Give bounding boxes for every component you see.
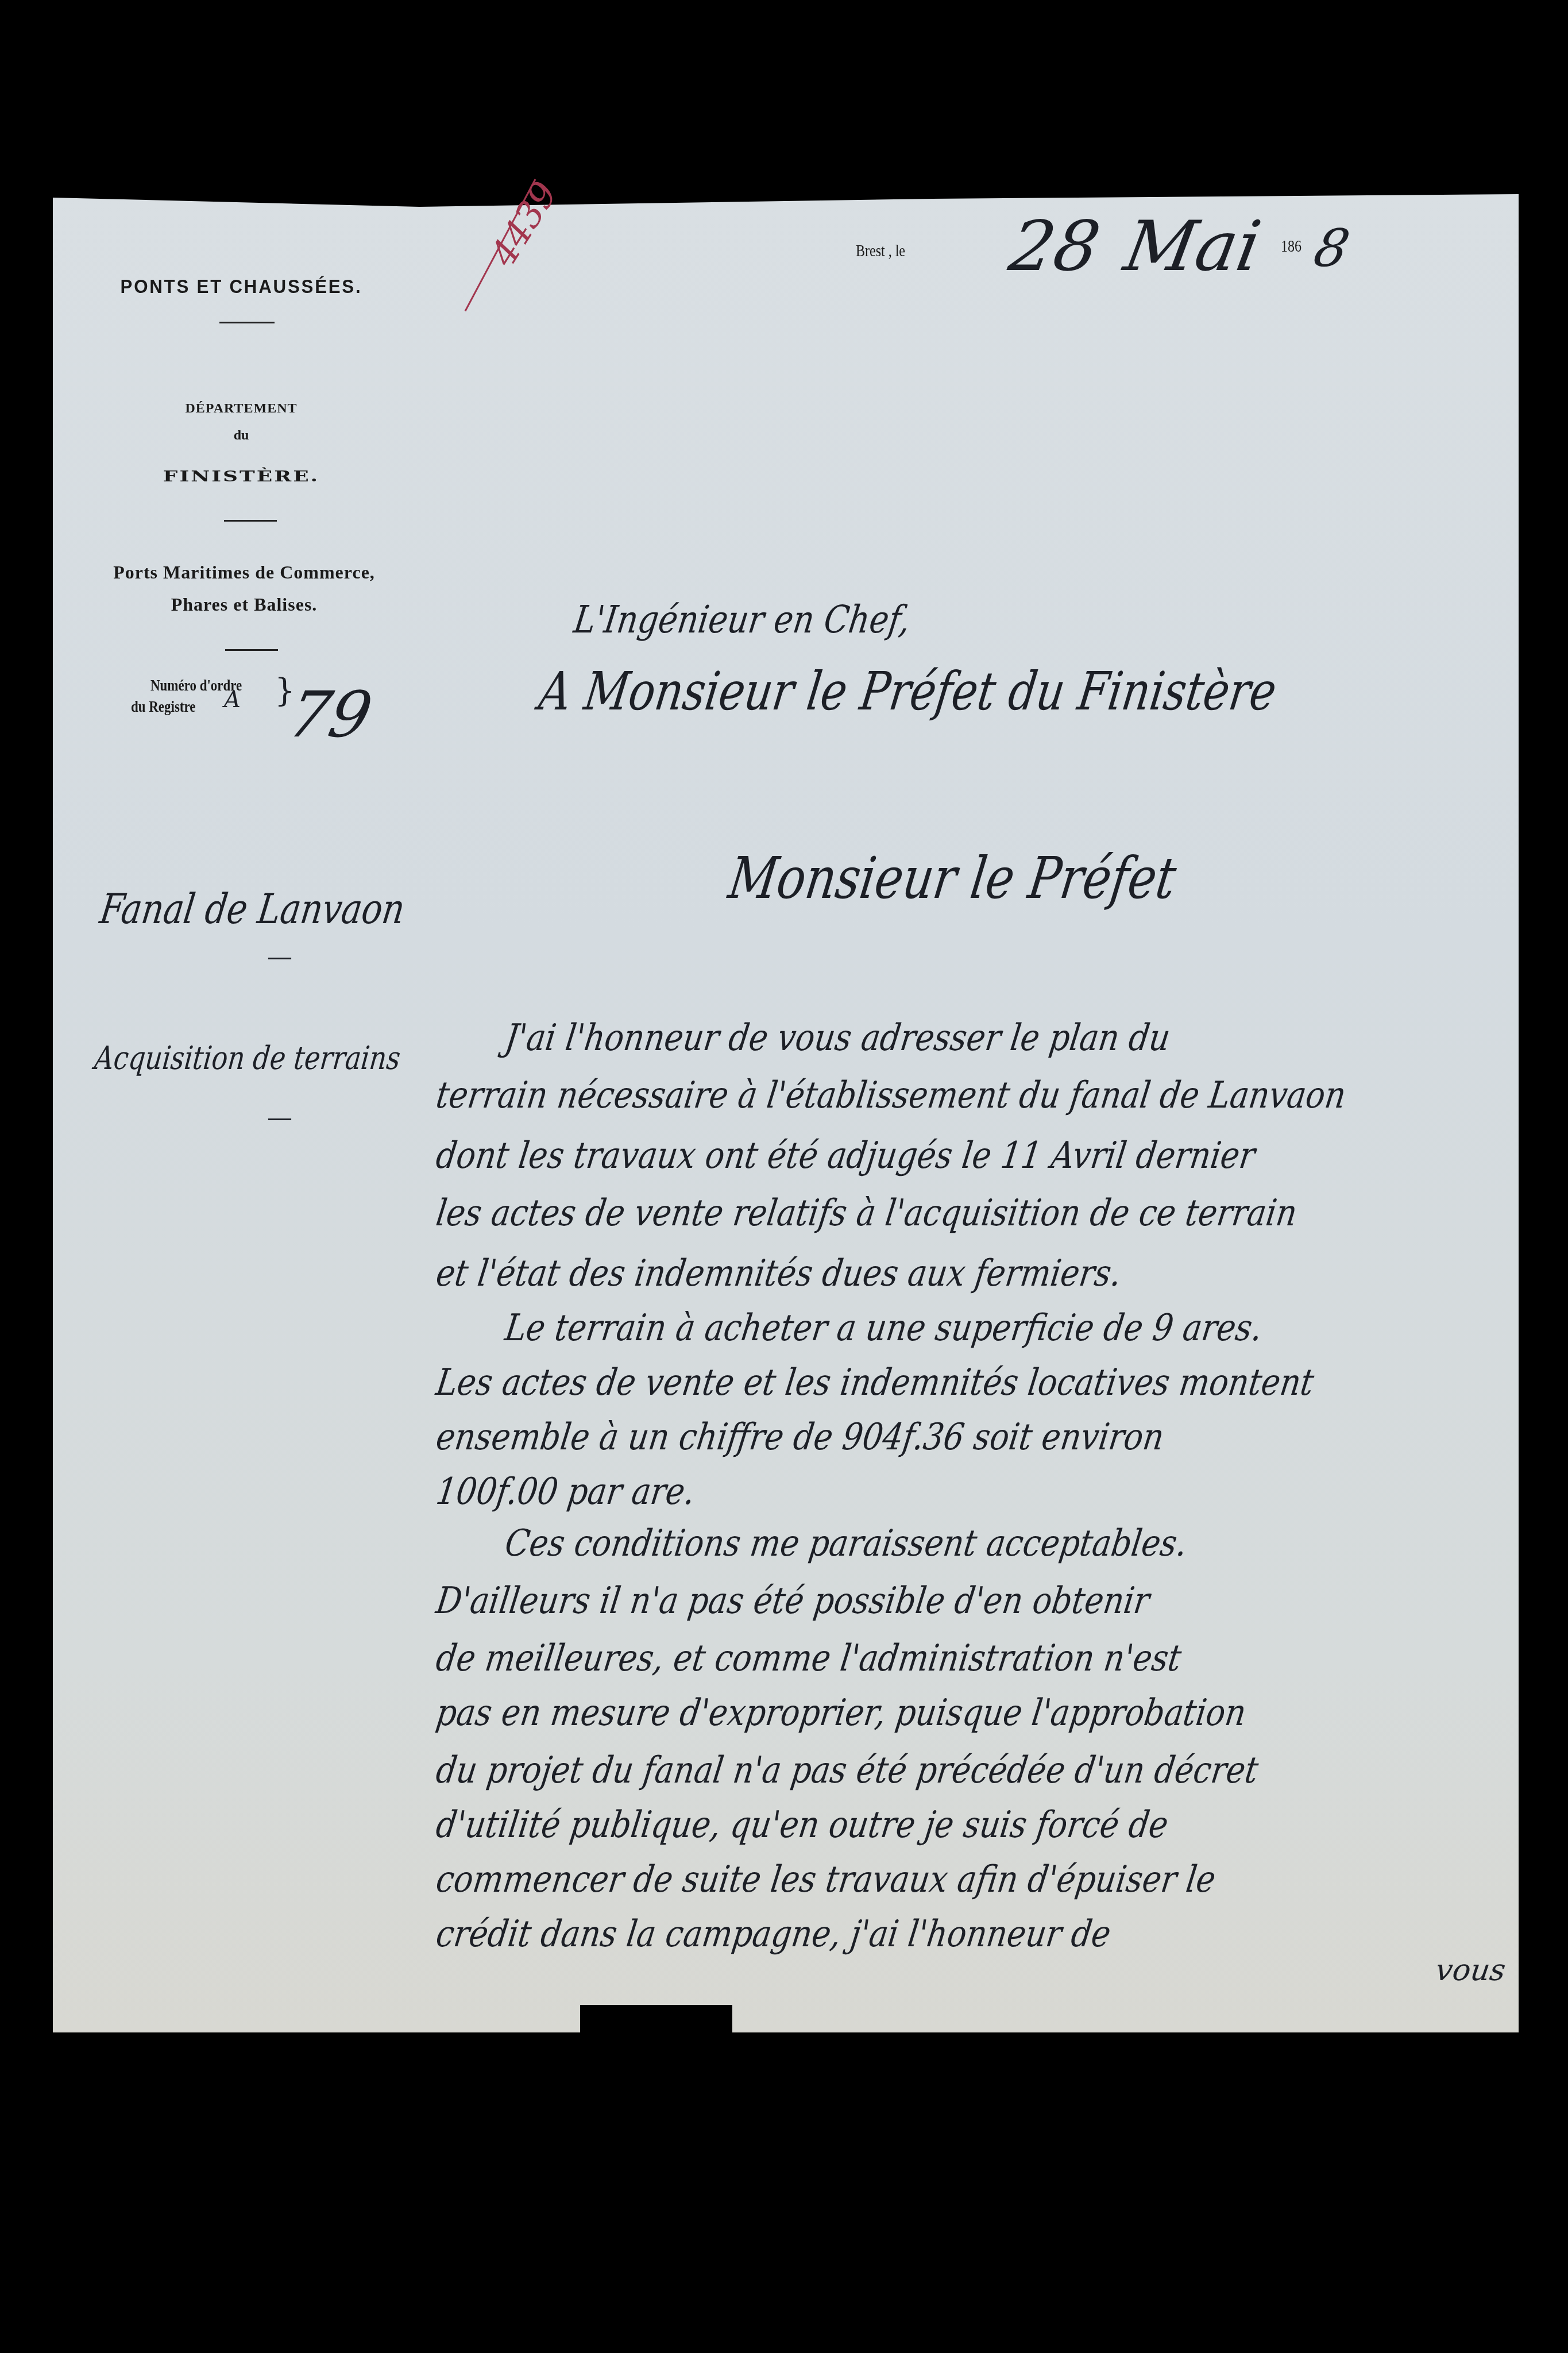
letterhead-divider	[224, 520, 277, 522]
body-line: et l'état des indemnités dues aux fermie…	[434, 1252, 1124, 1295]
margin-dash: —	[267, 942, 292, 971]
body-line: Ces conditions me paraissent acceptables…	[503, 1522, 1190, 1565]
register-number: 79	[282, 678, 378, 751]
register-letter: A	[224, 686, 241, 713]
margin-dash: —	[267, 1103, 292, 1132]
body-line: commencer de suite les travaux afin d'ép…	[434, 1858, 1218, 1901]
letterhead-divider	[225, 649, 278, 651]
body-line: terrain nécessaire à l'établissement du …	[434, 1074, 1349, 1117]
body-line: Le terrain à acheter a une superficie de…	[503, 1307, 1265, 1349]
letterhead-division-line2: Phares et Balises.	[129, 594, 359, 615]
margin-subject-line1: Fanal de Lanvaon	[97, 885, 408, 933]
dateline-place: Brest , le	[856, 241, 905, 261]
body-line: ensemble à un chiffre de 904f.36 soit en…	[434, 1416, 1167, 1459]
letterhead-department-label: DÉPARTEMENT	[155, 401, 327, 416]
body-line: 100f.00 par are.	[434, 1471, 698, 1513]
body-line: dont les travaux ont été adjugés le 11 A…	[434, 1135, 1258, 1177]
margin-subject-line2: Acquisition de terrains	[93, 1040, 402, 1077]
body-line: J'ai l'honneur de vous adresser le plan …	[503, 1017, 1173, 1059]
body-line: Les actes de vente et les indemnités loc…	[434, 1361, 1316, 1404]
body-line: les actes de vente relatifs à l'acquisit…	[434, 1192, 1300, 1235]
body-line: pas en mesure d'exproprier, puisque l'ap…	[434, 1692, 1249, 1734]
sender-title: L'Ingénieur en Chef,	[571, 597, 913, 642]
body-line: D'ailleurs il n'a pas été possible d'en …	[434, 1580, 1152, 1622]
letterhead-division-line1: Ports Maritimes de Commerce,	[89, 562, 399, 583]
dateline-month: Mai	[1119, 207, 1266, 287]
letterhead-divider	[219, 322, 275, 323]
catchword: vous	[1434, 1953, 1508, 1988]
paper-tear-notch	[580, 2005, 732, 2039]
register-label-line2: du Registre	[131, 698, 195, 716]
body-line: de meilleures, et comme l'administration…	[434, 1637, 1184, 1680]
letterhead-department-name: FINISTÈRE.	[115, 468, 368, 485]
letterhead-service: PONTS ET CHAUSSÉES.	[117, 276, 365, 298]
dateline-day: 28	[1004, 207, 1106, 287]
recipient-line: A Monsieur le Préfet du Finistère	[535, 661, 1280, 722]
salutation: Monsieur le Préfet	[725, 844, 1180, 912]
body-line: du projet du fanal n'a pas été précédée …	[434, 1749, 1261, 1792]
dateline-year-printed: 186	[1281, 237, 1301, 256]
body-line: d'utilité publique, qu'en outre je suis …	[434, 1804, 1171, 1846]
body-line: crédit dans la campagne, j'ai l'honneur …	[434, 1913, 1114, 1955]
letterhead-du: du	[213, 428, 270, 443]
